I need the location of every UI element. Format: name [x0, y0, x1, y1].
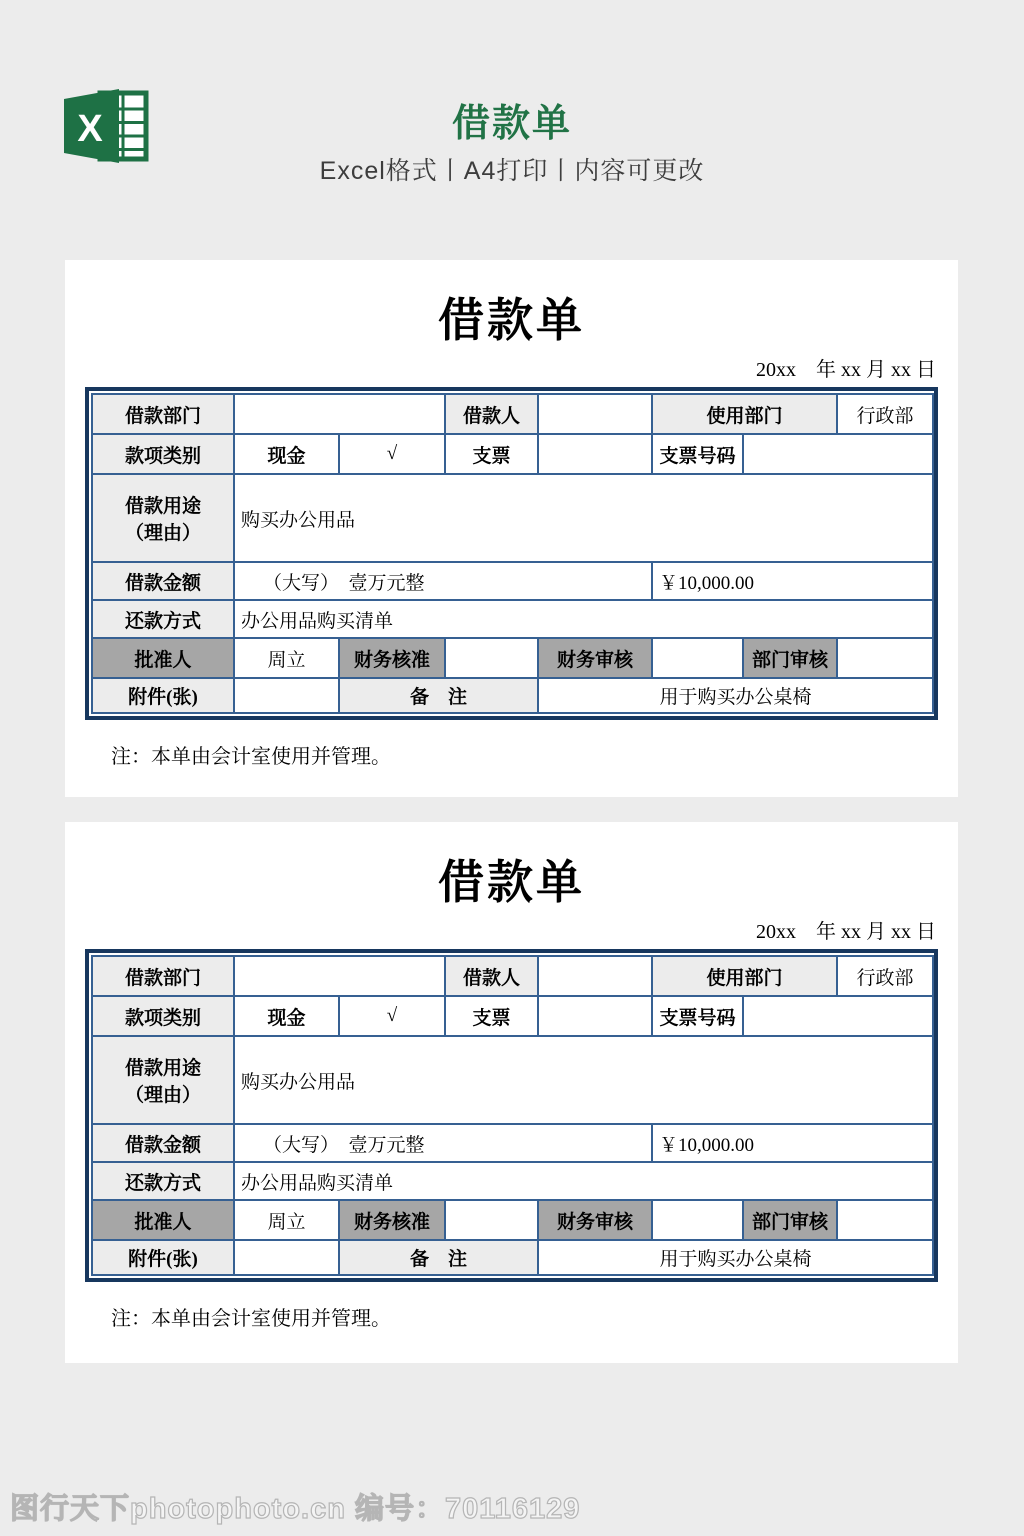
finance-check-value [445, 638, 538, 678]
form-title: 借款单 [65, 260, 958, 350]
repay-label: 还款方式 [92, 1162, 234, 1200]
approver-label: 批准人 [92, 638, 234, 678]
form-note: 注：本单由会计室使用并管理。 [111, 1302, 958, 1331]
attachment-label: 附件(张) [92, 678, 234, 713]
use-dept-label: 使用部门 [652, 956, 837, 996]
purpose-value: 购买办公用品 [234, 474, 933, 562]
page: X 借款单 Excel格式丨A4打印丨内容可更改 借款单 20xx 年 xx 月… [0, 0, 1024, 1536]
cheque-no-value [743, 996, 933, 1036]
loan-table: 借款部门 借款人 使用部门 行政部 款项类别 现金 √ 支票 支票号码 [85, 387, 938, 720]
pay-type-label: 款项类别 [92, 996, 234, 1036]
cheque-no-label: 支票号码 [652, 434, 743, 474]
repay-label: 还款方式 [92, 600, 234, 638]
watermark-text: 图行天下photophoto.cn 编号：70116129 [10, 1486, 580, 1527]
use-dept-value: 行政部 [837, 394, 933, 434]
cheque-no-label: 支票号码 [652, 996, 743, 1036]
amount-label: 借款金额 [92, 1124, 234, 1162]
dept-audit-value [837, 1200, 933, 1240]
finance-audit-value [652, 638, 743, 678]
amount-digits-value: ￥10,000.00 [652, 562, 933, 600]
cash-label: 现金 [234, 996, 339, 1036]
form-card-2: 借款单 20xx 年 xx 月 xx 日 借款部门 借款人 使用部门 行政部 款… [65, 822, 958, 1363]
repay-value: 办公用品购买清单 [234, 600, 933, 638]
borrower-label: 借款人 [445, 956, 538, 996]
use-dept-label: 使用部门 [652, 394, 837, 434]
repay-value: 办公用品购买清单 [234, 1162, 933, 1200]
pay-type-label: 款项类别 [92, 434, 234, 474]
approver-value: 周立 [234, 638, 339, 678]
use-dept-value: 行政部 [837, 956, 933, 996]
finance-audit-value [652, 1200, 743, 1240]
cheque-label: 支票 [445, 996, 538, 1036]
form-note: 注：本单由会计室使用并管理。 [111, 740, 958, 769]
attachment-value [234, 678, 339, 713]
borrow-dept-label: 借款部门 [92, 956, 234, 996]
finance-check-label: 财务核准 [339, 1200, 445, 1240]
finance-check-label: 财务核准 [339, 638, 445, 678]
purpose-label: 借款用途 （理由） [92, 474, 234, 562]
approver-label: 批准人 [92, 1200, 234, 1240]
finance-check-value [445, 1200, 538, 1240]
purpose-label-line1: 借款用途 [99, 491, 227, 518]
form-card-1: 借款单 20xx 年 xx 月 xx 日 借款部门 借款人 使用部门 行政部 款… [65, 260, 958, 797]
purpose-label-line1: 借款用途 [99, 1053, 227, 1080]
purpose-label-line2: （理由） [99, 518, 227, 545]
remark-value: 用于购买办公桌椅 [538, 1240, 933, 1275]
purpose-label: 借款用途 （理由） [92, 1036, 234, 1124]
dept-audit-value [837, 638, 933, 678]
cheque-value [538, 434, 652, 474]
remark-label: 备 注 [339, 1240, 538, 1275]
cash-label: 现金 [234, 434, 339, 474]
amount-words-value: （大写） 壹万元整 [234, 1124, 652, 1162]
form-date: 20xx 年 xx 月 xx 日 [65, 915, 936, 944]
cash-checkmark: √ [339, 996, 445, 1036]
approver-value: 周立 [234, 1200, 339, 1240]
dept-audit-label: 部门审核 [743, 1200, 837, 1240]
cheque-no-value [743, 434, 933, 474]
form-title: 借款单 [65, 822, 958, 912]
page-title: 借款单 [0, 92, 1024, 147]
purpose-value: 购买办公用品 [234, 1036, 933, 1124]
borrow-dept-value [234, 956, 445, 996]
page-subtitle: Excel格式丨A4打印丨内容可更改 [0, 151, 1024, 187]
remark-value: 用于购买办公桌椅 [538, 678, 933, 713]
amount-words-value: （大写） 壹万元整 [234, 562, 652, 600]
borrower-value [538, 394, 652, 434]
borrower-value [538, 956, 652, 996]
form-date: 20xx 年 xx 月 xx 日 [65, 353, 936, 382]
cheque-value [538, 996, 652, 1036]
cash-checkmark: √ [339, 434, 445, 474]
purpose-label-line2: （理由） [99, 1080, 227, 1107]
attachment-label: 附件(张) [92, 1240, 234, 1275]
borrow-dept-value [234, 394, 445, 434]
finance-audit-label: 财务审核 [538, 1200, 652, 1240]
attachment-value [234, 1240, 339, 1275]
loan-table: 借款部门 借款人 使用部门 行政部 款项类别 现金 √ 支票 支票号码 [85, 949, 938, 1282]
amount-digits-value: ￥10,000.00 [652, 1124, 933, 1162]
borrow-dept-label: 借款部门 [92, 394, 234, 434]
finance-audit-label: 财务审核 [538, 638, 652, 678]
borrower-label: 借款人 [445, 394, 538, 434]
amount-label: 借款金额 [92, 562, 234, 600]
remark-label: 备 注 [339, 678, 538, 713]
cheque-label: 支票 [445, 434, 538, 474]
dept-audit-label: 部门审核 [743, 638, 837, 678]
